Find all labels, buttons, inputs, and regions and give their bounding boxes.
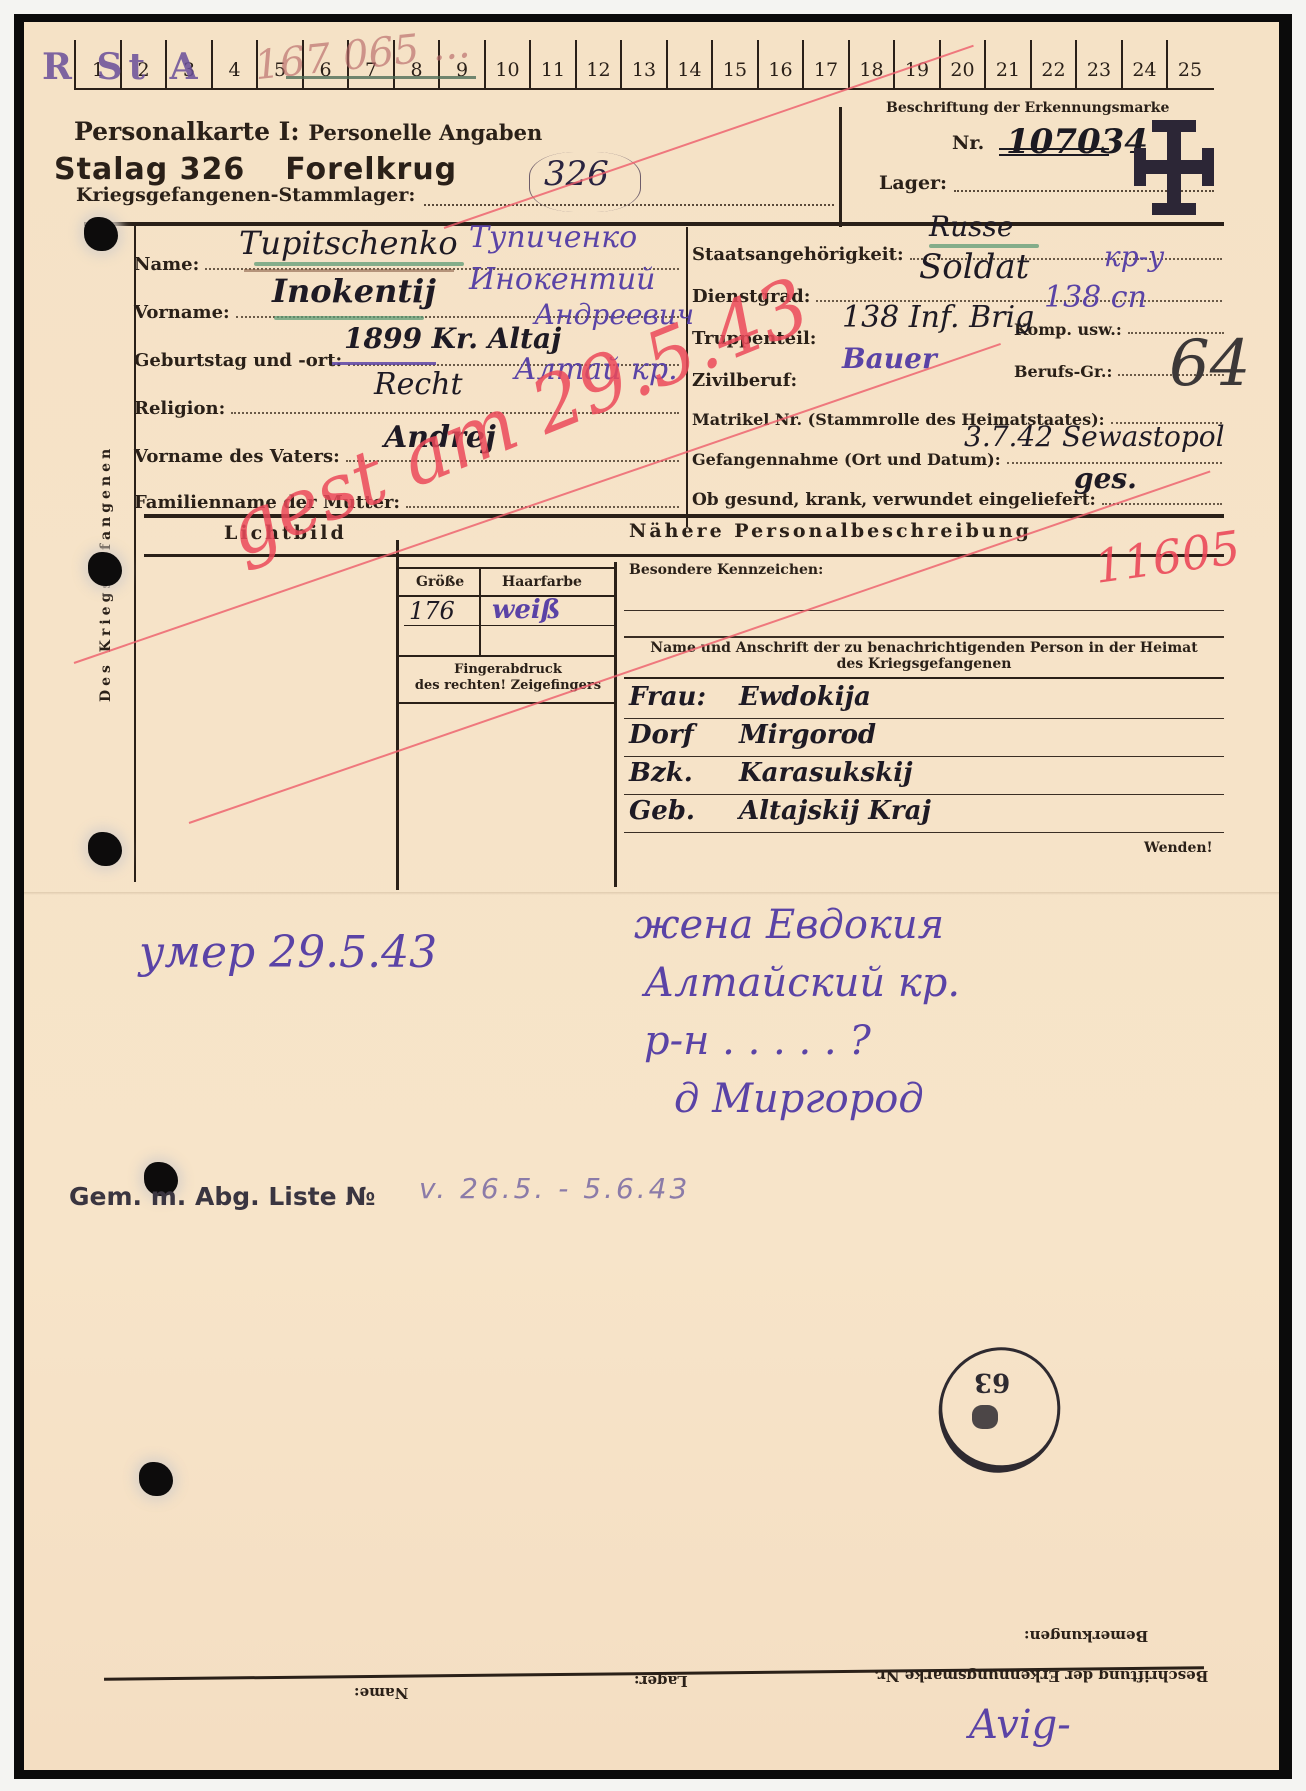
address-line: жена Евдокия — [634, 902, 944, 948]
strip-cell: 23 — [1075, 40, 1121, 88]
description-divider — [614, 562, 617, 887]
table-value-rule — [404, 625, 614, 626]
punch-hole — [88, 832, 122, 866]
punch-hole — [139, 1462, 173, 1496]
description-line — [624, 636, 1224, 638]
notify-value: Ewdokija — [739, 682, 871, 712]
stamp-rsta: R St A — [42, 46, 204, 88]
strip-cell: 20 — [939, 40, 985, 88]
description-line — [624, 610, 1224, 611]
card-title-main: Personalkarte I: — [74, 117, 300, 146]
strip-cell: 10 — [484, 40, 530, 88]
table-divider — [479, 567, 481, 657]
groesse-label: Größe — [416, 574, 464, 590]
lager-label-flipped: Lager: — [634, 1672, 688, 1690]
erkennungsmarke-label: Beschriftung der Erkennungsmarke — [886, 100, 1169, 116]
notify-line — [624, 794, 1224, 795]
vorname-cyrillic: Инокентий — [469, 262, 656, 297]
name-cyrillic: Тупиченко — [469, 220, 637, 255]
name-label-flipped: Name: — [354, 1684, 408, 1702]
card-title-sub: Personelle Angaben — [308, 120, 542, 145]
groesse-value: 176 — [409, 597, 455, 625]
truppenteil-cyrillic: 138 сп — [1044, 280, 1147, 315]
truppenteil-value: 138 Inf. Brig — [842, 300, 1034, 335]
vorname-value: Inokentij — [272, 272, 436, 310]
staat-value: Russe — [929, 210, 1013, 243]
strip-cell: 16 — [757, 40, 803, 88]
table-bottom — [399, 655, 614, 657]
naehere-label: Nähere Personalbeschreibung — [629, 520, 1032, 542]
gesund-value: ges. — [1074, 462, 1137, 495]
strip-cell: 14 — [666, 40, 712, 88]
notify-value: Altajskij Kraj — [739, 796, 931, 826]
table-top — [399, 567, 614, 569]
dienstgrad-cyrillic: кр-у — [1104, 240, 1164, 273]
notify-rule — [624, 677, 1224, 679]
notify-prefix: Geb. — [629, 796, 695, 826]
strip-cell: 22 — [1030, 40, 1076, 88]
strip-cell: 11 — [529, 40, 575, 88]
haarfarbe-label: Haarfarbe — [502, 574, 582, 590]
stammlager-label: Kriegsgefangenen-Stammlager: — [76, 184, 415, 206]
iron-cross-icon — [1134, 120, 1214, 215]
card-title: Personalkarte I: Personelle Angaben — [74, 117, 542, 146]
fingerprint-rule — [399, 702, 614, 704]
notify-prefix: Frau: — [629, 682, 706, 712]
name-value: Tupitschenko — [239, 224, 458, 262]
strip-cell: 4 — [211, 40, 257, 88]
nr-strike — [999, 148, 1109, 150]
haarfarbe-value: weiß — [492, 595, 561, 625]
bemerkungen-label: Bemerkungen: — [1024, 1627, 1148, 1645]
fingerprint-label: Fingerabdruck des rechten! Zeigefingers — [402, 662, 614, 694]
photo-divider — [396, 540, 399, 890]
section-rule-2 — [144, 554, 1224, 557]
notify-value: Karasukskij — [739, 758, 912, 788]
strip-cell: 15 — [711, 40, 757, 88]
circle-stamp — [921, 1330, 1078, 1490]
dienstgrad-value: Soldat — [919, 247, 1029, 287]
died-note: умер 29.5.43 — [139, 927, 437, 978]
strip-cell: 24 — [1121, 40, 1167, 88]
geburt-value: 1899 Kr. Altaj — [344, 322, 561, 355]
stalag-place: Forelkrug — [285, 152, 457, 187]
green-underline — [254, 262, 464, 266]
red-number: 11605 — [1091, 520, 1243, 594]
beschriftung-label-flipped: Beschriftung der Erkennungsmarke Nr. — [874, 1667, 1208, 1685]
personnel-card: 1234567891011121314151617181920212223242… — [24, 22, 1279, 1770]
nr-label: Nr. — [952, 132, 984, 154]
header-divider — [839, 107, 842, 227]
notify-value: Mirgorod — [739, 720, 876, 750]
wenden-label: Wenden! — [1144, 840, 1213, 856]
notify-prefix: Dorf — [629, 720, 694, 750]
punch-hole — [88, 552, 122, 586]
strip-cell: 25 — [1166, 40, 1212, 88]
punch-hole — [84, 217, 118, 251]
fold-crease — [24, 892, 1279, 895]
circle-stamp-mark — [972, 1405, 998, 1429]
signature: Avig- — [969, 1702, 1071, 1748]
strip-cell: 17 — [802, 40, 848, 88]
strip-cell: 12 — [575, 40, 621, 88]
address-line: р-н . . . . . ? — [644, 1018, 871, 1064]
gefangen-value: 3.7.42 Sewastopol — [964, 420, 1225, 453]
besondere-label: Besondere Kennzeichen: — [629, 562, 823, 578]
lager-label: Lager: — [879, 172, 947, 194]
notify-line — [624, 756, 1224, 757]
nr-strike-2 — [999, 154, 1109, 156]
green-strike-line — [286, 76, 476, 79]
stalag-name: Stalag 326 — [54, 152, 245, 187]
berufs-pencil-mark: 64 — [1169, 327, 1250, 401]
number-strip: 1234567891011121314151617181920212223242… — [74, 40, 1214, 90]
strip-cell: 21 — [984, 40, 1030, 88]
address-line: Алтайский кр. — [644, 960, 960, 1006]
notify-line — [624, 718, 1224, 719]
notify-prefix: Bzk. — [629, 758, 693, 788]
green-underline — [274, 316, 424, 320]
notify-line — [624, 832, 1224, 833]
gem-value: v. 26.5. - 5.6.43 — [419, 1172, 690, 1205]
circle-stamp-number: 63 — [974, 1367, 1010, 1397]
stalag-stamp: Stalag 326Forelkrug — [54, 152, 457, 187]
nr-value: 107034 — [1006, 122, 1148, 162]
gem-label: Gem. m. Abg. Liste № — [69, 1182, 375, 1211]
notify-header: Name und Anschrift der zu benachrichtige… — [629, 640, 1219, 672]
strip-cell: 13 — [620, 40, 666, 88]
violet-underline — [332, 362, 436, 365]
address-line: д Миргород — [674, 1076, 924, 1122]
